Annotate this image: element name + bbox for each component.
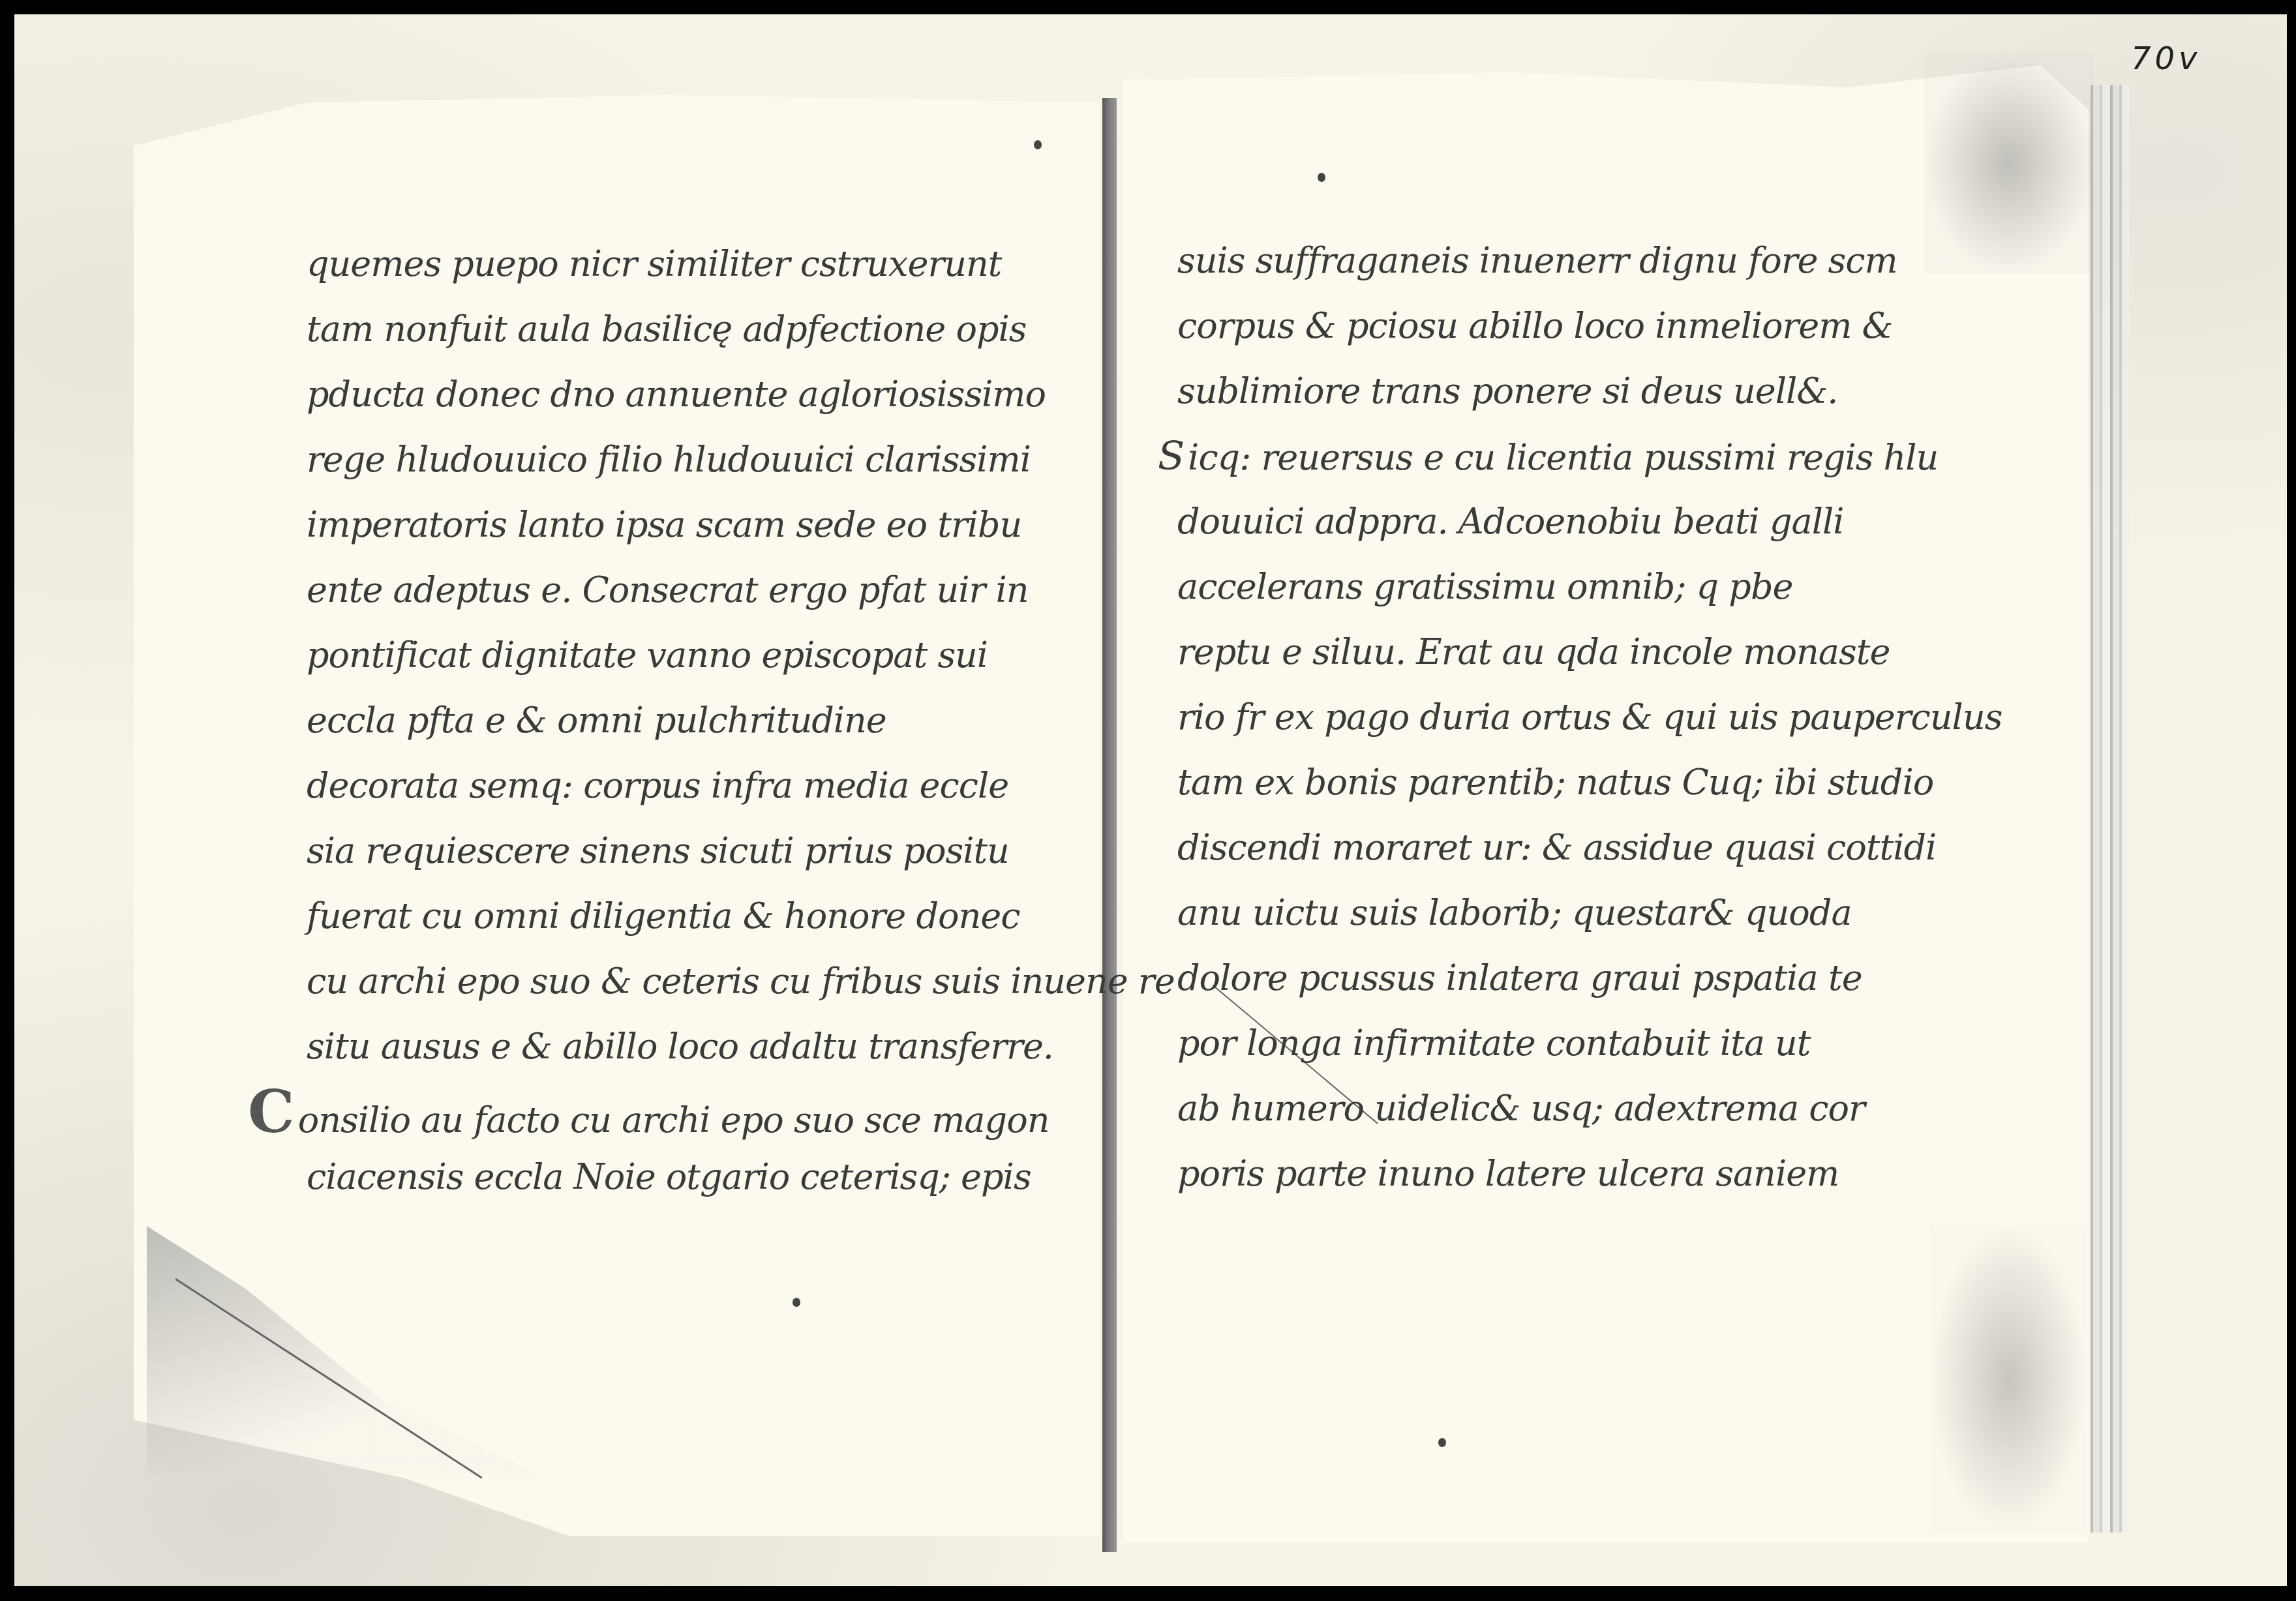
text-line: por longa infirmitate contabuit ita ut — [1158, 1011, 2002, 1076]
text-line: suis suffraganeis inuenerr dignu fore sc… — [1158, 228, 2002, 293]
ink-dot — [1318, 173, 1325, 182]
page-edges — [2091, 85, 2130, 1533]
text-line: icq: reuersus e cu licentia pussimi regi… — [1188, 437, 1938, 478]
text-line: douuici adppra. Adcoenobiu beati galli — [1158, 489, 2002, 554]
text-line: eccla pfta e & omni pulchritudine — [307, 688, 1175, 753]
text-line: tam nonfuit aula basilicę adpfectione op… — [307, 297, 1175, 362]
left-page-text: quemes puepo nicr similiter cstruxerunt … — [307, 232, 1175, 1210]
initial-letter: S — [1158, 434, 1184, 479]
text-line: decorata semq: corpus infra media eccle — [307, 753, 1175, 818]
text-line: situ ausus e & abillo loco adaltu transf… — [307, 1014, 1175, 1079]
text-line: sublimiore trans ponere si deus uell&. — [1158, 359, 2002, 424]
text-line: corpus & pciosu abillo loco inmeliorem & — [1158, 293, 2002, 359]
right-page-text: suis suffraganeis inuenerr dignu fore sc… — [1158, 228, 2002, 1206]
damage-bottom-right — [1931, 1226, 2087, 1533]
text-line: sia requiescere sinens sicuti prius posi… — [307, 818, 1175, 884]
ink-dot — [1438, 1438, 1446, 1447]
text-line: dolore pcussus inlatera graui pspatia te — [1158, 946, 2002, 1011]
text-line: imperatoris lanto ipsa scam sede eo trib… — [307, 492, 1175, 558]
text-line: rege hludouuico filio hludouuici clariss… — [307, 427, 1175, 492]
text-line-with-initial: Sicq: reuersus e cu licentia pussimi reg… — [1158, 424, 2002, 489]
text-line: reptu e siluu. Erat au qda incole monast… — [1158, 620, 2002, 685]
text-line: ente adeptus e. Consecrat ergo pfat uir … — [307, 558, 1175, 623]
text-line: pontificat dignitate vanno episcopat sui — [307, 623, 1175, 688]
text-line: tam ex bonis parentib; natus Cuq; ibi st… — [1158, 750, 2002, 815]
text-line: anu uictu suis laborib; questar& quoda — [1158, 880, 2002, 946]
text-line: ab humero uidelic& usq; adextrema cor — [1158, 1076, 2002, 1141]
text-line: onsilio au facto cu archi epo suo sce ma… — [298, 1100, 1050, 1141]
text-line: discendi moraret ur: & assidue quasi cot… — [1158, 815, 2002, 880]
decorated-initial: C — [248, 1077, 294, 1146]
text-line: rio fr ex pago duria ortus & qui uis pau… — [1158, 685, 2002, 750]
text-line: fuerat cu omni diligentia & honore donec — [307, 884, 1175, 949]
text-line: cu archi epo suo & ceteris cu fribus sui… — [307, 949, 1175, 1014]
text-line: ciacensis eccla Noie otgario ceterisq; e… — [307, 1145, 1175, 1210]
folio-number: 70v — [2131, 40, 2201, 77]
ink-dot — [793, 1298, 800, 1307]
ink-dot — [1034, 140, 1042, 149]
text-line: pducta donec dno annuente agloriosissimo — [307, 362, 1175, 427]
text-line: poris parte inuno latere ulcera saniem — [1158, 1141, 2002, 1206]
text-line: quemes puepo nicr similiter cstruxerunt — [307, 232, 1175, 297]
text-line-with-initial: Consilio au facto cu archi epo suo sce m… — [307, 1079, 1175, 1145]
text-line: accelerans gratissimu omnib; q pbe — [1158, 554, 2002, 620]
